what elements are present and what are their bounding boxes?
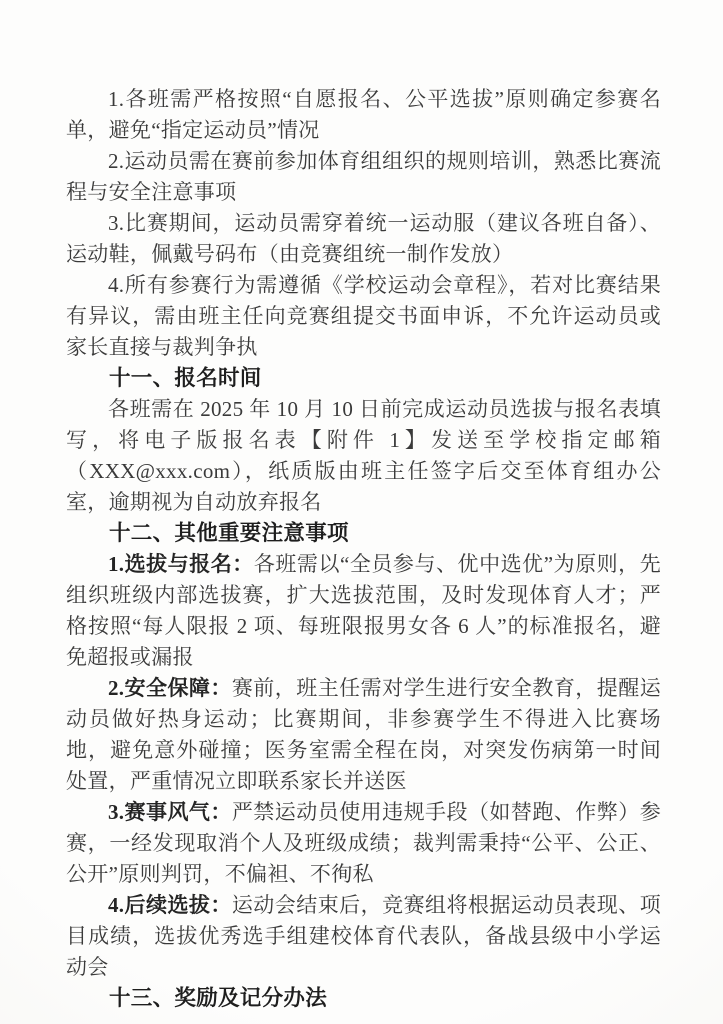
paragraph: 各班需在 2025 年 10 月 10 日前完成运动员选拔与报名表填写，将电子版… xyxy=(66,394,661,518)
paragraph-text: 4.所有参赛行为需遵循《学校运动会章程》，若对比赛结果有异议，需由班主任向竞赛组… xyxy=(66,273,661,359)
paragraph: 2.安全保障：赛前，班主任需对学生进行安全教育，提醒运动员做好热身运动；比赛期间… xyxy=(66,673,661,797)
section-heading-text: 十一、报名时间 xyxy=(109,366,262,390)
paragraph-lead: 4.后续选拔： xyxy=(108,893,232,917)
paragraph-text: 各班需在 2025 年 10 月 10 日前完成运动员选拔与报名表填写，将电子版… xyxy=(66,397,661,514)
paragraph-lead: 2.安全保障： xyxy=(108,676,232,700)
section-heading-text: 十二、其他重要注意事项 xyxy=(109,521,349,545)
paragraph: 1.选拔与报名：各班需以“全员参与、优中选优”为原则，先组织班级内部选拔赛，扩大… xyxy=(66,549,661,673)
paragraph: 2.运动员需在赛前参加体育组组织的规则培训，熟悉比赛流程与安全注意事项 xyxy=(66,146,661,208)
document-page: 1.各班需严格按照“自愿报名、公平选拔”原则确定参赛名单，避免“指定运动员”情况… xyxy=(0,0,723,1024)
paragraph-text: 2.运动员需在赛前参加体育组组织的规则培训，熟悉比赛流程与安全注意事项 xyxy=(66,149,661,204)
paragraph-lead: 1.选拔与报名： xyxy=(108,552,254,576)
section-heading-11: 十一、报名时间 xyxy=(66,363,661,394)
paragraph: 4.后续选拔：运动会结束后，竞赛组将根据运动员表现、项目成绩，选拔优秀选手组建校… xyxy=(66,890,661,983)
paragraph: 3.赛事风气：严禁运动员使用违规手段（如替跑、作弊）参赛，一经发现取消个人及班级… xyxy=(66,797,661,890)
paragraph-lead: 3.赛事风气： xyxy=(108,800,232,824)
section-heading-text: 十三、奖励及记分办法 xyxy=(109,986,327,1010)
paragraph-text: 3.比赛期间，运动员需穿着统一运动服（建议各班自备）、运动鞋，佩戴号码布（由竞赛… xyxy=(66,211,661,266)
paragraph-text: 1.各班需严格按照“自愿报名、公平选拔”原则确定参赛名单，避免“指定运动员”情况 xyxy=(66,87,661,142)
paragraph: 4.所有参赛行为需遵循《学校运动会章程》，若对比赛结果有异议，需由班主任向竞赛组… xyxy=(66,270,661,363)
section-heading-12: 十二、其他重要注意事项 xyxy=(66,518,661,549)
section-heading-13: 十三、奖励及记分办法 xyxy=(66,983,661,1014)
paragraph: 1.各班需严格按照“自愿报名、公平选拔”原则确定参赛名单，避免“指定运动员”情况 xyxy=(66,84,661,146)
paragraph: 3.比赛期间，运动员需穿着统一运动服（建议各班自备）、运动鞋，佩戴号码布（由竞赛… xyxy=(66,208,661,270)
